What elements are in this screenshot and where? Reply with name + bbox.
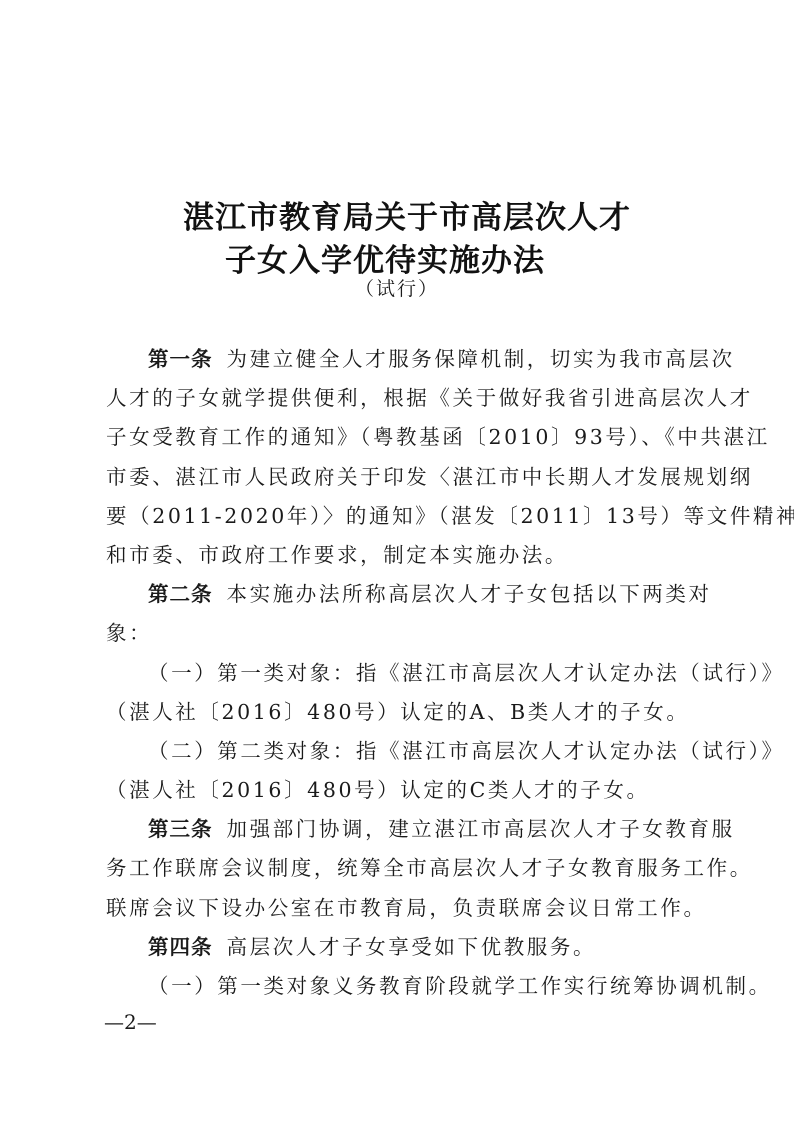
- text-line: 第四条高层次人才子女享受如下优教服务。: [106, 928, 696, 967]
- text-line: 子女受教育工作的通知》（粤教基函〔2010〕93号）、《中共湛江: [106, 418, 696, 457]
- document-subtitle: （试行）: [0, 274, 794, 301]
- text-line: 第一条为建立健全人才服务保障机制，切实为我市高层次: [106, 340, 696, 379]
- line-text: 加强部门协调，建立湛江市高层次人才子女教育服: [227, 817, 735, 841]
- line-text: 高层次人才子女享受如下优教服务。: [227, 935, 597, 959]
- line-text: （一）第一类对象：指《湛江市高层次人才认定办法（试行）》: [148, 661, 785, 685]
- line-text: 联席会议下设办公室在市教育局，负责联席会议日常工作。: [106, 896, 707, 920]
- line-text: （湛人社〔2016〕480号）认定的C类人才的子女。: [106, 778, 650, 802]
- text-line: （湛人社〔2016〕480号）认定的A、B类人才的子女。: [106, 693, 696, 732]
- text-line: 第二条本实施办法所称高层次人才子女包括以下两类对: [106, 575, 696, 614]
- text-line: 象：: [106, 614, 696, 653]
- page-number: —2—: [104, 1010, 157, 1034]
- line-text: 为建立健全人才服务保障机制，切实为我市高层次: [227, 347, 735, 371]
- text-line: （一）第一类对象：指《湛江市高层次人才认定办法（试行）》: [106, 654, 696, 693]
- line-text: 要（2011-2020年）〉的通知》（湛发〔2011〕13号）等文件精神: [106, 504, 794, 528]
- article-heading: 第三条: [148, 817, 213, 841]
- document-title-line-1: 湛江市教育局关于市高层次人才: [10, 192, 794, 237]
- line-text: （一）第一类对象义务教育阶段就学工作实行统筹协调机制。: [148, 974, 772, 998]
- document-body: 第一条为建立健全人才服务保障机制，切实为我市高层次人才的子女就学提供便利，根据《…: [106, 340, 696, 1006]
- line-text: 本实施办法所称高层次人才子女包括以下两类对: [227, 582, 712, 606]
- line-text: 和市委、市政府工作要求，制定本实施办法。: [106, 543, 568, 567]
- text-line: 务工作联席会议制度，统筹全市高层次人才子女教育服务工作。: [106, 849, 696, 888]
- article-heading: 第四条: [148, 935, 213, 959]
- text-line: （二）第二类对象：指《湛江市高层次人才认定办法（试行）》: [106, 732, 696, 771]
- text-line: 第三条加强部门协调，建立湛江市高层次人才子女教育服: [106, 810, 696, 849]
- text-line: （一）第一类对象义务教育阶段就学工作实行统筹协调机制。: [106, 967, 696, 1006]
- line-text: 人才的子女就学提供便利，根据《关于做好我省引进高层次人才: [106, 386, 753, 410]
- line-text: （湛人社〔2016〕480号）认定的A、B类人才的子女。: [106, 700, 689, 724]
- line-text: 象：: [106, 621, 152, 645]
- line-text: 市委、湛江市人民政府关于印发〈湛江市中长期人才发展规划纲: [106, 465, 753, 489]
- line-text: 务工作联席会议制度，统筹全市高层次人才子女教育服务工作。: [106, 856, 753, 880]
- line-text: 子女受教育工作的通知》（粤教基函〔2010〕93号）、《中共湛江: [106, 425, 770, 449]
- text-line: （湛人社〔2016〕480号）认定的C类人才的子女。: [106, 771, 696, 810]
- text-line: 市委、湛江市人民政府关于印发〈湛江市中长期人才发展规划纲: [106, 458, 696, 497]
- text-line: 联席会议下设办公室在市教育局，负责联席会议日常工作。: [106, 889, 696, 928]
- article-heading: 第二条: [148, 582, 213, 606]
- text-line: 人才的子女就学提供便利，根据《关于做好我省引进高层次人才: [106, 379, 696, 418]
- text-line: 和市委、市政府工作要求，制定本实施办法。: [106, 536, 696, 575]
- article-heading: 第一条: [148, 347, 213, 371]
- text-line: 要（2011-2020年）〉的通知》（湛发〔2011〕13号）等文件精神: [106, 497, 696, 536]
- line-text: （二）第二类对象：指《湛江市高层次人才认定办法（试行）》: [148, 739, 785, 763]
